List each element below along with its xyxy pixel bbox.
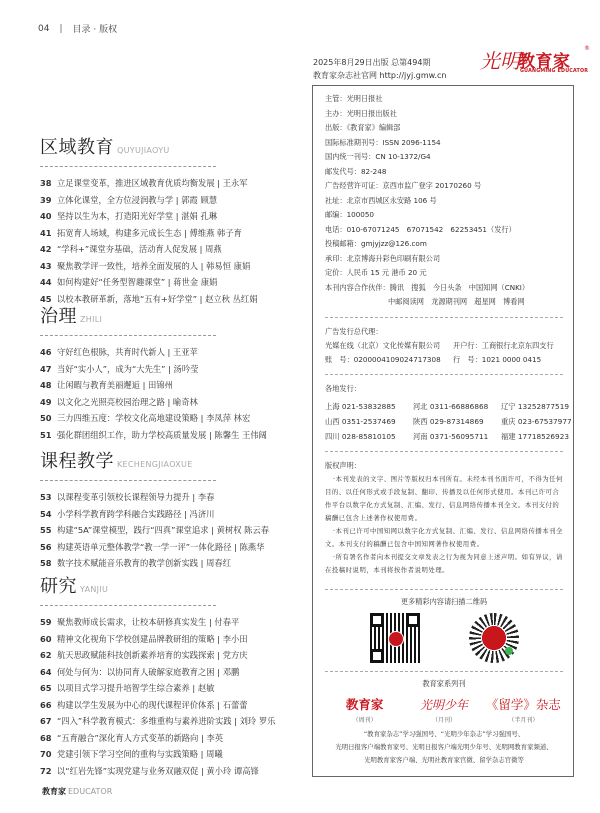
toc-section-yanjiu: 研究YANJIU 59聚焦教师成长需求，让校本研修真实发生 | 付春平 60精神…	[40, 572, 300, 779]
toc-page: 46	[40, 344, 57, 361]
channels-line: “教育家杂志”学习强国号、“光明少年杂志”学习强国号、	[325, 728, 563, 741]
toc-item[interactable]: 41拓宽育人场域，构建多元成长生态 | 傅维燕 韩子育	[40, 225, 300, 242]
series-heading: 教育家系列刊	[325, 679, 563, 689]
partners-line: 中邮阅读网 龙源期刊网 超星网 博看网	[325, 295, 563, 310]
distributor: 福建 17718526923	[501, 429, 581, 444]
divider	[325, 451, 563, 452]
info-line: 广告经营许可证：京西市监广登字 20170260 号	[325, 179, 563, 194]
footer-brand-en: EDUCATOR	[68, 787, 112, 796]
toc-title: 聚焦教师成长需求，让校本研修真实发生 | 付春平	[57, 614, 239, 631]
section-label: 目录 · 版权	[73, 22, 118, 35]
toc-title: 以文化之光照亮校园治理之路 | 喻奇林	[57, 394, 198, 411]
info-line: 承印：北京博海升彩色印刷有限公司	[325, 252, 563, 267]
toc-title: 当好“实小人”，成为“大先生” | 汤吟莹	[57, 361, 198, 378]
info-line: 定价：人民币 15 元 港币 20 元	[325, 266, 563, 281]
divider	[325, 671, 563, 672]
toc-item[interactable]: 60精神文化视角下学校创建品牌教研组的策略 | 李小田	[40, 631, 300, 648]
series-list: 教育家 （周刊） 光明少年 （月刊） 《留学》杂志 （半月刊）	[325, 695, 563, 724]
website: 教育家杂志社官网 http://jyj.gmw.cn	[313, 69, 446, 82]
issue-date: 2025年8月29日出版 总第494期	[313, 56, 446, 69]
info-line: 国内统一刊号：CN 10-1372/G4	[325, 150, 563, 165]
distributor: 辽宁 13252877519	[501, 399, 581, 414]
toc-section-kechengjiaoxue: 课程教学KECHENGJIAOXUE 53以课程变革引领校长课程领导力提升 | …	[40, 447, 300, 572]
toc-page: 39	[40, 192, 57, 209]
registered-icon: ®	[584, 45, 590, 52]
toc-item[interactable]: 51强化群团组织工作，助力学校高质量发展 | 陈馨生 王伟阔	[40, 427, 300, 444]
toc-title: 何处与何为：以协同育人破解家庭教育之困 | 邓鹏	[57, 664, 239, 681]
toc-item[interactable]: 58数字技术赋能音乐教育的教学创新实践 | 周春红	[40, 555, 300, 572]
toc-page: 62	[40, 647, 57, 664]
footer-brand: 教育家	[42, 787, 66, 796]
qr-finder	[370, 613, 384, 627]
channels-line: 光明日报客户端教育家号、光明日报客户端光明少年号、光明网教育家频道、	[325, 741, 563, 754]
qr-logo	[388, 631, 404, 647]
toc-item[interactable]: 42“学科+”课堂夯基础，活动育人促发展 | 周燕	[40, 241, 300, 258]
series-item: 《留学》杂志 （半月刊）	[484, 695, 563, 724]
toc-item[interactable]: 39立体化课堂，全方位浸润教与学 | 郭霞 顾慧	[40, 192, 300, 209]
toc-title: 聚焦教学评一致性，培养全面发展的人 | 韩易恒 康娟	[57, 258, 250, 275]
copyright-statement: ·本刊发表的文字、图片等版权归本刊所有。未经本刊书面许可，不得为任何目的、以任何…	[325, 473, 563, 577]
toc-item[interactable]: 70党建引领下学习空间的重构与实践策略 | 周曦	[40, 746, 300, 763]
series-item: 教育家 （周刊）	[325, 695, 404, 724]
toc-title: 小学科学教育跨学科融合实践路径 | 冯济川	[57, 506, 214, 523]
toc-title: 坚持以生为本，打造阳光好学堂 | 湛娟 孔琳	[57, 208, 217, 225]
copyright-paragraph: ·本刊已许可中国知网以数字化方式复制、汇编、发行、信息网络传播本刊全文。本刊支付…	[325, 525, 563, 551]
divider	[40, 480, 216, 481]
toc-title: 以项目式学习提升培智学生综合素养 | 赵敏	[57, 680, 214, 697]
toc-page: 48	[40, 377, 57, 394]
toc-page: 65	[40, 680, 57, 697]
toc-title: 强化群团组织工作，助力学校高质量发展 | 陈馨生 王伟阔	[57, 427, 267, 444]
qr-codes	[325, 607, 563, 663]
divider	[325, 317, 563, 318]
logo-script: 光明	[480, 45, 520, 74]
divider	[40, 335, 216, 336]
toc-title: 以课程变革引领校长课程领导力提升 | 李春	[57, 489, 214, 506]
info-line: 电话：010-67071245 67071542 62253451（发行）	[325, 223, 563, 238]
info-line: 主办：光明日报出版社	[325, 107, 563, 122]
toc-title: 立足课堂变革，推进区域教育优质均衡发展 | 王永军	[57, 175, 248, 192]
toc-page: 51	[40, 427, 57, 444]
agent-bank-no: 行 号：1021 0000 0415	[453, 353, 541, 367]
publication-info: 2025年8月29日出版 总第494期 教育家杂志社官网 http://jyj.…	[313, 56, 446, 82]
toc-page: 56	[40, 539, 57, 556]
masthead-box: 主管：光明日报社 主办：光明日报出版社 出版：《教育家》编辑部 国际标准期刊号：…	[312, 85, 574, 777]
distributor: 上海 021-53832885	[325, 399, 413, 414]
toc-item[interactable]: 49以文化之光照亮校园治理之路 | 喻奇林	[40, 394, 300, 411]
toc-page: 44	[40, 274, 57, 291]
copyright-paragraph: ·所有署名作者向本刊提交文章发表之行为视为同意上述声明。如有异议，请在投稿时说明…	[325, 551, 563, 577]
toc-page: 60	[40, 631, 57, 648]
toc-item[interactable]: 48让闲暇与教育美丽邂逅 | 田锦州	[40, 377, 300, 394]
toc-title: 如何构建好“任务型智趣课堂” | 蒋世金 康娟	[57, 274, 217, 291]
toc-title: “五育融合”深化育人方式变革的新路向 | 李英	[57, 730, 223, 747]
page-number: 04	[38, 24, 49, 34]
toc-page: 70	[40, 746, 57, 763]
copyright-heading: 版权声明：	[325, 459, 563, 473]
toc-title: 让闲暇与教育美丽邂逅 | 田锦州	[57, 377, 173, 394]
toc-section-quyujiaoyu: 区域教育QUYUJIAOYU 38立足课堂变革，推进区域教育优质均衡发展 | 王…	[40, 133, 300, 307]
info-line: 出版：《教育家》编辑部	[325, 121, 563, 136]
distributor: 山西 0351-2537469	[325, 414, 413, 429]
toc-page: 64	[40, 664, 57, 681]
toc-title: 守好红色根脉，共育时代新人 | 王亚苹	[57, 344, 198, 361]
toc-page: 53	[40, 489, 57, 506]
toc-page: 67	[40, 713, 57, 730]
guangming-educator-logo: 光明 教育家 ® GUANGMING EDUCATOR	[480, 45, 590, 85]
toc-title: 构建以学生发展为中心的现代课程评价体系 | 石蕾蕾	[57, 697, 248, 714]
toc-page: 55	[40, 522, 57, 539]
section-title: 区域教育	[40, 133, 114, 159]
info-line: 主管：光明日报社	[325, 92, 563, 107]
toc-title: 数字技术赋能音乐教育的教学创新实践 | 周春红	[57, 555, 231, 572]
toc-title: 三力四维五度：学校文化高地建设策略 | 李凤萍 林宏	[57, 410, 250, 427]
toc-page: 43	[40, 258, 57, 275]
toc-item[interactable]: 53以课程变革引领校长课程领导力提升 | 李春	[40, 489, 300, 506]
toc-item[interactable]: 55构建“5A”课堂模型，践行“四真”课堂追求 | 黄树权 陈云春	[40, 522, 300, 539]
section-title-en: QUYUJIAOYU	[117, 146, 170, 155]
toc-item[interactable]: 65以项目式学习提升培智学生综合素养 | 赵敏	[40, 680, 300, 697]
toc-item[interactable]: 46守好红色根脉，共育时代新人 | 王亚苹	[40, 344, 300, 361]
toc-title: 航天思政赋能科技创新素养培育的实践探索 | 党方庆	[57, 647, 248, 664]
toc-item[interactable]: 64何处与何为：以协同育人破解家庭教育之困 | 邓鹏	[40, 664, 300, 681]
info-line: 社址：北京市西城区永安路 106 号	[325, 194, 563, 209]
toc-item[interactable]: 44如何构建好“任务型智趣课堂” | 蒋世金 康娟	[40, 274, 300, 291]
qr-code-icon[interactable]	[370, 613, 420, 663]
series-name: 教育家	[325, 695, 404, 713]
toc-title: 构建“5A”课堂模型，践行“四真”课堂追求 | 黄树权 陈云春	[57, 522, 269, 539]
toc-item[interactable]: 66构建以学生发展为中心的现代课程评价体系 | 石蕾蕾	[40, 697, 300, 714]
section-title: 课程教学	[40, 447, 114, 473]
email-line[interactable]: 投稿邮箱：gmjyjzz@126.com	[325, 237, 563, 252]
toc-item[interactable]: 62航天思政赋能科技创新素养培育的实践探索 | 党方庆	[40, 647, 300, 664]
section-title-en: YANJIU	[80, 585, 108, 594]
series-channels: “教育家杂志”学习强国号、“光明少年杂志”学习强国号、 光明日报客户端教育家号、…	[325, 728, 563, 767]
toc-page: 58	[40, 555, 57, 572]
distributor: 重庆 023-67537977	[501, 414, 581, 429]
series-frequency: （月刊）	[404, 715, 483, 724]
toc-page: 38	[40, 175, 57, 192]
toc-page: 50	[40, 410, 57, 427]
toc-item[interactable]: 50三力四维五度：学校文化高地建设策略 | 李凤萍 林宏	[40, 410, 300, 427]
page-footer: 教育家EDUCATOR	[42, 786, 112, 797]
series-item: 光明少年 （月刊）	[404, 696, 483, 724]
toc-page: 66	[40, 697, 57, 714]
toc-item[interactable]: 40坚持以生为本，打造阳光好学堂 | 湛娟 孔琳	[40, 208, 300, 225]
toc-item[interactable]: 72以“红岩先锋”实现党建与业务双融双促 | 黄小玲 谭高锋	[40, 763, 300, 780]
toc-item[interactable]: 67“四入”科学教育模式：多维重构与素养进阶实践 | 刘玲 罗乐	[40, 713, 300, 730]
distribution-heading: 各地发行：	[325, 382, 563, 396]
toc-page: 59	[40, 614, 57, 631]
info-line: 国际标准期刊号：ISSN 2096-1154	[325, 136, 563, 151]
toc-page: 49	[40, 394, 57, 411]
toc-item[interactable]: 54小学科学教育跨学科融合实践路径 | 冯济川	[40, 506, 300, 523]
toc-page: 54	[40, 506, 57, 523]
toc-title: 精神文化视角下学校创建品牌教研组的策略 | 李小田	[57, 631, 248, 648]
distribution-grid: 上海 021-53832885 河北 0311-66886868 辽宁 1325…	[325, 399, 563, 444]
header-separator: |	[59, 24, 62, 34]
qr-heading: 更多精彩内容请扫描二维码	[325, 597, 563, 607]
toc-title: 拓宽育人场域，构建多元成长生态 | 傅维燕 韩子育	[57, 225, 242, 242]
toc-title: “四入”科学教育模式：多维重构与素养进阶实践 | 刘玲 罗乐	[57, 713, 275, 730]
copyright-paragraph: ·本刊发表的文字、图片等版权归本刊所有。未经本刊书面许可，不得为任何目的、以任何…	[325, 473, 563, 525]
toc-title: 立体化课堂，全方位浸润教与学 | 郭霞 顾慧	[57, 192, 217, 209]
toc-page: 68	[40, 730, 57, 747]
series-frequency: （周刊）	[325, 715, 404, 724]
qr-finder	[406, 613, 420, 627]
toc-item[interactable]: 56构建英语单元整体教学“教一学一评”一体化路径 | 陈燕华	[40, 539, 300, 556]
toc-page: 41	[40, 225, 57, 242]
section-title-en: KECHENGJIAOXUE	[117, 460, 193, 469]
divider	[325, 589, 563, 590]
channels-line: 光明教育家客户端、光明社教育家官微、留学杂志官微等	[325, 754, 563, 767]
toc-title: 党建引领下学习空间的重构与实践策略 | 周曦	[57, 746, 223, 763]
divider	[40, 166, 216, 167]
logo-subtitle: GUANGMING EDUCATOR	[520, 69, 588, 74]
agent-account: 账 号：0200004109024717308	[325, 353, 453, 367]
page-header: 04 | 目录 · 版权	[38, 22, 117, 35]
toc-item[interactable]: 59聚焦教师成长需求，让校本研修真实发生 | 付春平	[40, 614, 300, 631]
series-frequency: （半月刊）	[484, 715, 563, 724]
distributor: 河北 0311-66886868	[413, 399, 501, 414]
distributor: 河南 0371-56095711	[413, 429, 501, 444]
ad-agent-heading: 广告发行总代理：	[325, 325, 563, 339]
toc-page: 40	[40, 208, 57, 225]
info-line: 本刊内容合作伙伴：腾讯 搜狐 今日头条 中国知网（CNKI）	[325, 281, 563, 296]
toc-title: 构建英语单元整体教学“教一学一评”一体化路径 | 陈燕华	[57, 539, 265, 556]
distributor: 陕西 029-87314869	[413, 414, 501, 429]
toc-title: 以“红岩先锋”实现党建与业务双融双促 | 黄小玲 谭高锋	[57, 763, 259, 780]
section-title: 研究	[40, 572, 77, 598]
distributor: 四川 028-85810105	[325, 429, 413, 444]
info-line: 邮编：100050	[325, 208, 563, 223]
series-name: 《留学》杂志	[484, 695, 563, 713]
toc-page: 42	[40, 241, 57, 258]
series-name: 光明少年	[404, 696, 483, 713]
toc-section-zhili: 治理ZHILI 46守好红色根脉，共育时代新人 | 王亚苹 47当好“实小人”，…	[40, 302, 300, 443]
section-title-en: ZHILI	[80, 315, 102, 324]
agent-bank: 开户行：工商银行北京东四支行	[453, 339, 554, 353]
section-title: 治理	[40, 302, 77, 328]
toc-item[interactable]: 47当好“实小人”，成为“大先生” | 汤吟莹	[40, 361, 300, 378]
agent-company: 光媒在线（北京）文化传媒有限公司	[325, 339, 453, 353]
qr-finder	[370, 649, 384, 663]
mini-program-badge	[505, 647, 513, 655]
toc-item[interactable]: 68“五育融合”深化育人方式变革的新路向 | 李英	[40, 730, 300, 747]
toc-page: 72	[40, 763, 57, 780]
toc-title: “学科+”课堂夯基础，活动育人促发展 | 周燕	[57, 241, 222, 258]
mini-program-code-icon[interactable]	[469, 613, 519, 663]
toc-item[interactable]: 38立足课堂变革，推进区域教育优质均衡发展 | 王永军	[40, 175, 300, 192]
info-line: 邮发代号：82-248	[325, 165, 563, 180]
toc-item[interactable]: 43聚焦教学评一致性，培养全面发展的人 | 韩易恒 康娟	[40, 258, 300, 275]
toc-page: 47	[40, 361, 57, 378]
divider	[40, 605, 216, 606]
divider	[325, 374, 563, 375]
